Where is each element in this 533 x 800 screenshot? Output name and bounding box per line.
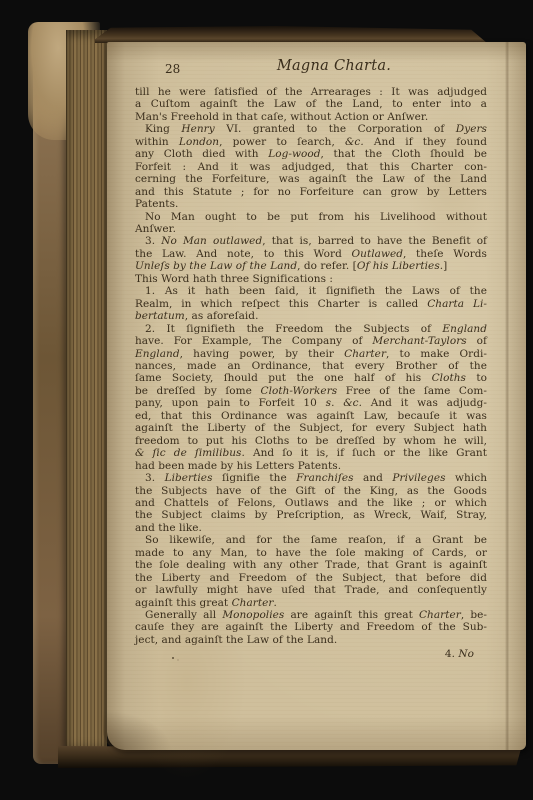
text-line: 2. It ſignifieth the Freedom the Subject… [135, 323, 487, 335]
text-line: any Cloth died with Log-wood, that the C… [135, 148, 487, 160]
scanned-book-photo: 28 Magna Charta. till he were ſatisfied … [0, 0, 533, 800]
text-line: a Cuſtom againſt the Law of the Land, to… [135, 98, 487, 110]
running-title: Magna Charta. [181, 60, 487, 72]
text-line: againſt the Liberty of the Subject, for … [135, 422, 487, 434]
text-line: Generally all Monopolies are againſt thi… [135, 609, 487, 621]
text-line: againſt this great Charter. [135, 597, 487, 609]
fore-edge-fold [505, 42, 509, 750]
text-line: & ſic de ſimilibus. And ſo it is, if ſuc… [135, 447, 487, 459]
text-line: 1. As it hath been ſaid, it ſignifieth t… [135, 285, 487, 297]
text-line: This Word hath three Significations : [135, 273, 487, 285]
page-header: 28 Magna Charta. [135, 62, 487, 79]
text-line: So likewiſe, and for the ſame reaſon, if… [135, 534, 487, 546]
text-line: ject, and againſt the Law of the Land. [135, 634, 487, 646]
book: 28 Magna Charta. till he were ſatisfied … [0, 0, 533, 800]
text-line: cauſe they are againſt the Liberty and F… [135, 621, 487, 633]
text-line: King Henry VI. granted to the Corporatio… [135, 123, 487, 135]
text-line: the Law. And note, to this Word Outlawed… [135, 248, 487, 260]
text-line: No Man ought to be put from his Liveliho… [135, 211, 487, 223]
text-line: 3. No Man outlawed, that is, barred to h… [135, 235, 487, 247]
text-line: Realm, in which reſpect this Charter is … [135, 298, 487, 310]
text-line: pany, upon pain to Forfeit 10 s. &c. And… [135, 397, 487, 409]
text-line: the Subject claims by Preſcription, as W… [135, 509, 487, 521]
page-corner-curl [103, 710, 173, 752]
text-line: ſame Society, ſhould put the one half of… [135, 372, 487, 384]
text-line: be dreſſed by ſome Cloth-Workers Free of… [135, 385, 487, 397]
text-line: Man's Freehold in that caſe, without Act… [135, 111, 487, 123]
book-page: 28 Magna Charta. till he were ſatisfied … [107, 42, 526, 750]
text-line: and this Statute ; for no Forfeiture can… [135, 186, 487, 198]
page-number: 28 [165, 63, 180, 75]
text-line: have. For Example, The Company of Mercha… [135, 335, 487, 347]
text-line: within London, power to ſearch, &c. And … [135, 136, 487, 148]
text-line: England, having power, by their Charter,… [135, 348, 487, 360]
text-line: made to any Man, to have the ſole making… [135, 547, 487, 559]
text-line: or lawfully might have uſed that Trade, … [135, 584, 487, 596]
text-line: ed, that this Ordinance was againſt Law,… [135, 410, 487, 422]
text-line: freedom to put his Cloths to be dreſſed … [135, 435, 487, 447]
text-line: Patents. [135, 198, 487, 210]
text-block: 28 Magna Charta. till he were ſatisfied … [135, 62, 487, 661]
ink-speck [172, 657, 174, 659]
text-line: the ſole dealing with any other Trade, t… [135, 559, 487, 571]
text-line: Unleſs by the Law of the Land, do refer.… [135, 260, 487, 272]
text-line: nances, made an Ordinance, that every Br… [135, 360, 487, 372]
text-line: the Subjects have of the Gift of the Kin… [135, 485, 487, 497]
text-line: Anſwer. [135, 223, 487, 235]
text-line: cerning the Forfeiture, was againſt the … [135, 173, 487, 185]
text-line: had been made by his Letters Patents. [135, 460, 487, 472]
text-line: till he were ſatisfied of the Arrearages… [135, 86, 487, 98]
text-line: bertatum, as aforeſaid. [135, 310, 487, 322]
text-line: Forfeit : And it was adjudged, that this… [135, 161, 487, 173]
text-line: 3. Liberties ſignifie the Franchiſes and… [135, 472, 487, 484]
page-edge-stack [66, 30, 107, 756]
text-line: and the like. [135, 522, 487, 534]
text-line: the Liberty and Freedom of the Subject, … [135, 572, 487, 584]
catchword: 4. No [135, 648, 487, 660]
text-line: and Chattels of Felons, Outlaws and the … [135, 497, 487, 509]
cover-top-edge [95, 26, 487, 43]
